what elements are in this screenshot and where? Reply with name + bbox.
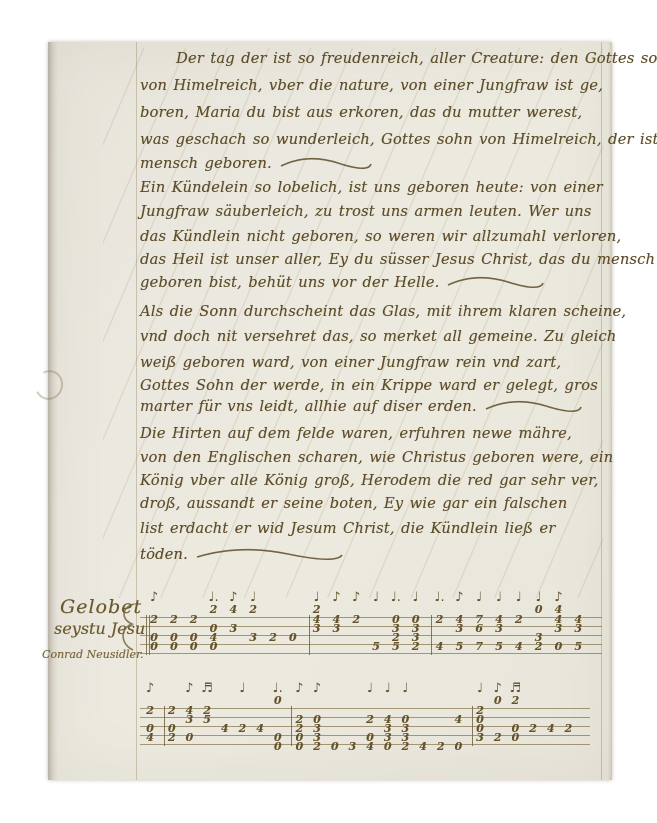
rhythm-sign: ♪ [143, 681, 157, 696]
tablature-number: 7 [473, 640, 485, 653]
tablature-number: 2 [207, 603, 219, 616]
rhythm-sign: ♪ [452, 590, 466, 605]
tablature-number: 4 [452, 713, 464, 726]
tablature-number: 4 [513, 640, 525, 653]
tablature-number: 2 [267, 631, 279, 644]
tablature-number: 2 [236, 722, 248, 735]
tablature-number: 2 [435, 740, 447, 753]
tablature-number: 0 [148, 640, 160, 653]
stanza-end-flourish [195, 548, 345, 562]
manuscript-line: das Kündlein nicht geboren, so weren wir… [140, 228, 606, 250]
tablature-number: 3 [453, 622, 465, 635]
tablature-number: 3 [572, 622, 584, 635]
rhythm-sign: ♩ [398, 681, 412, 696]
staff-line [140, 617, 602, 618]
staff-line [140, 726, 590, 727]
tablature-number: 5 [201, 713, 213, 726]
rhythm-sign: ♪ [182, 681, 196, 696]
tablature-number: 0 [509, 731, 521, 744]
rhythm-sign: ♩ [363, 681, 377, 696]
tablature-number: 4 [144, 731, 156, 744]
tablature-number: 4 [545, 722, 557, 735]
tablature-number: 4 [254, 722, 266, 735]
tablature-number: 3 [552, 622, 564, 635]
rhythm-sign: ♪ [292, 681, 306, 696]
manuscript-page: Der tag der ist so freudenreich, aller C… [48, 42, 612, 780]
manuscript-line: Ein Kündelein so lobelich, ist uns gebor… [140, 179, 603, 201]
manuscript-line: geboren bist, behüt uns vor der Helle. [140, 274, 546, 296]
manuscript-line: Als die Sonn durchscheint das Glas, mit … [140, 303, 606, 325]
tablature-number: 0 [533, 603, 545, 616]
tablature-system: ♪200200200♩.2040♪43♩2320♩243♪43♪2♩5♩.032… [140, 617, 602, 687]
tablature-number: 3 [493, 622, 505, 635]
manuscript-line: was geschach so wunderleich, Gottes sohn… [140, 131, 606, 153]
tablature-number: 0 [287, 631, 299, 644]
manuscript-line: Die Hirten auf dem felde waren, erfuhren… [140, 425, 572, 447]
tablature-number: 0 [272, 694, 284, 707]
rhythm-sign: ♪ [310, 681, 324, 696]
bar-line [291, 706, 292, 746]
tablature-number: 0 [293, 740, 305, 753]
tablature-number: 5 [370, 640, 382, 653]
tablature-number: 4 [364, 740, 376, 753]
tablature-number: 2 [188, 613, 200, 626]
manuscript-line: boren, Maria du bist aus erkoren, das du… [140, 104, 582, 126]
tablature-number: 4 [227, 603, 239, 616]
tablature-number: 4 [219, 722, 231, 735]
margin-rule-left [136, 42, 137, 780]
tablature-number: 3 [346, 740, 358, 753]
tablature-number: 2 [513, 613, 525, 626]
rhythm-sign: ♩ [512, 590, 526, 605]
rhythm-sign: ♩ [409, 590, 423, 605]
tablature-number: 2 [148, 613, 160, 626]
tablature-number: 2 [509, 694, 521, 707]
binding-ring-mark [31, 366, 67, 403]
rhythm-sign: ♩ [369, 590, 383, 605]
manuscript-line: Der tag der ist so freudenreich, aller C… [176, 50, 642, 72]
manuscript-line: das Heil ist unser aller, Ey du süsser J… [140, 251, 606, 273]
tablature-number: 2 [247, 603, 259, 616]
bar-line [164, 706, 165, 746]
tablature-number: 0 [452, 740, 464, 753]
page-right-edge-shadow [608, 42, 612, 780]
tablature-number: 0 [188, 640, 200, 653]
page-gutter-shadow [48, 42, 58, 780]
bar-line [146, 615, 147, 655]
tablature-number: 2 [166, 704, 178, 717]
manuscript-line: Jungfraw säuberleich, zu trost uns armen… [140, 203, 591, 225]
tablature-number: 0 [272, 740, 284, 753]
tablature-number: 2 [492, 731, 504, 744]
tablature-number: 2 [410, 640, 422, 653]
tablature-number: 2 [168, 613, 180, 626]
rhythm-sign: ♩. [432, 590, 446, 605]
tablature-number: 2 [527, 722, 539, 735]
tablature-number: 5 [572, 640, 584, 653]
rhythm-sign: ♩. [389, 590, 403, 605]
tablature-number: 2 [399, 740, 411, 753]
rhythm-sign: ♪ [147, 590, 161, 605]
tablature-number: 2 [311, 740, 323, 753]
tablature-number: 2 [364, 713, 376, 726]
manuscript-line: König vber alle König groß, Herodem die … [140, 472, 599, 494]
tablature-number: 4 [417, 740, 429, 753]
stanza-end-flourish [484, 400, 584, 414]
stanza-end-flourish [446, 276, 546, 290]
manuscript-line: list erdacht er wid Jesum Christ, die Kü… [140, 520, 555, 542]
bar-line [431, 615, 432, 655]
bar-line [309, 615, 310, 655]
manuscript-line: von Himelreich, vber die nature, von ein… [140, 77, 603, 99]
stanza-end-flourish [279, 157, 374, 171]
tablature-number: 4 [433, 640, 445, 653]
manuscript-line: weiß geboren ward, von einer Jungfraw re… [140, 354, 561, 376]
manuscript-line: vnd doch nit versehret das, so merket al… [140, 328, 606, 350]
manuscript-line: mensch geboren. [140, 155, 374, 177]
scan-canvas: Der tag der ist so freudenreich, aller C… [0, 0, 657, 823]
tablature-number: 6 [473, 622, 485, 635]
tablature-number: 5 [453, 640, 465, 653]
tablature-number: 2 [433, 613, 445, 626]
rhythm-sign: ♩ [492, 590, 506, 605]
tablature-number: 0 [329, 740, 341, 753]
tablature-number: 3 [227, 622, 239, 635]
manuscript-line: töden. [140, 546, 345, 568]
rhythm-sign: ♩ [235, 681, 249, 696]
tablature-number: 0 [492, 694, 504, 707]
rhythm-sign: ♩ [381, 681, 395, 696]
system-brace-flourish [118, 602, 140, 654]
rhythm-sign: ♬ [200, 681, 214, 696]
tablature-number: 2 [144, 704, 156, 717]
tablature-number: 2 [533, 640, 545, 653]
tablature-number: 0 [183, 731, 195, 744]
tablature-number: 0 [207, 640, 219, 653]
manuscript-line: Gottes Sohn der werde, in ein Krippe war… [140, 377, 598, 399]
tablature-number: 5 [390, 640, 402, 653]
tablature-number: 5 [493, 640, 505, 653]
tablature-number: 3 [474, 731, 486, 744]
tablature-number: 2 [166, 731, 178, 744]
manuscript-line: von den Englischen scharen, wie Christus… [140, 449, 606, 471]
manuscript-line: droß, aussandt er seine boten, Ey wie ga… [140, 495, 567, 517]
tablature-number: 3 [330, 622, 342, 635]
bar-line [472, 706, 473, 746]
tablature-number: 0 [168, 640, 180, 653]
rhythm-sign: ♩ [473, 681, 487, 696]
staff-line [140, 653, 602, 654]
tablature-number: 0 [382, 740, 394, 753]
tablature-number: 3 [247, 631, 259, 644]
tablature-number: 0 [552, 640, 564, 653]
rhythm-sign: ♪ [349, 590, 363, 605]
rhythm-sign: ♩ [472, 590, 486, 605]
tablature-number: 3 [311, 622, 323, 635]
tablature-number: 2 [562, 722, 574, 735]
manuscript-line: marter für vns leidt, allhie auf diser e… [140, 398, 584, 420]
tablature-number: 3 [183, 713, 195, 726]
tablature-number: 2 [350, 613, 362, 626]
rhythm-sign: ♪ [329, 590, 343, 605]
tablature-system: ♪204202♪430♬254♩24♩.000♪2200♪033203♩204♩… [140, 708, 590, 778]
